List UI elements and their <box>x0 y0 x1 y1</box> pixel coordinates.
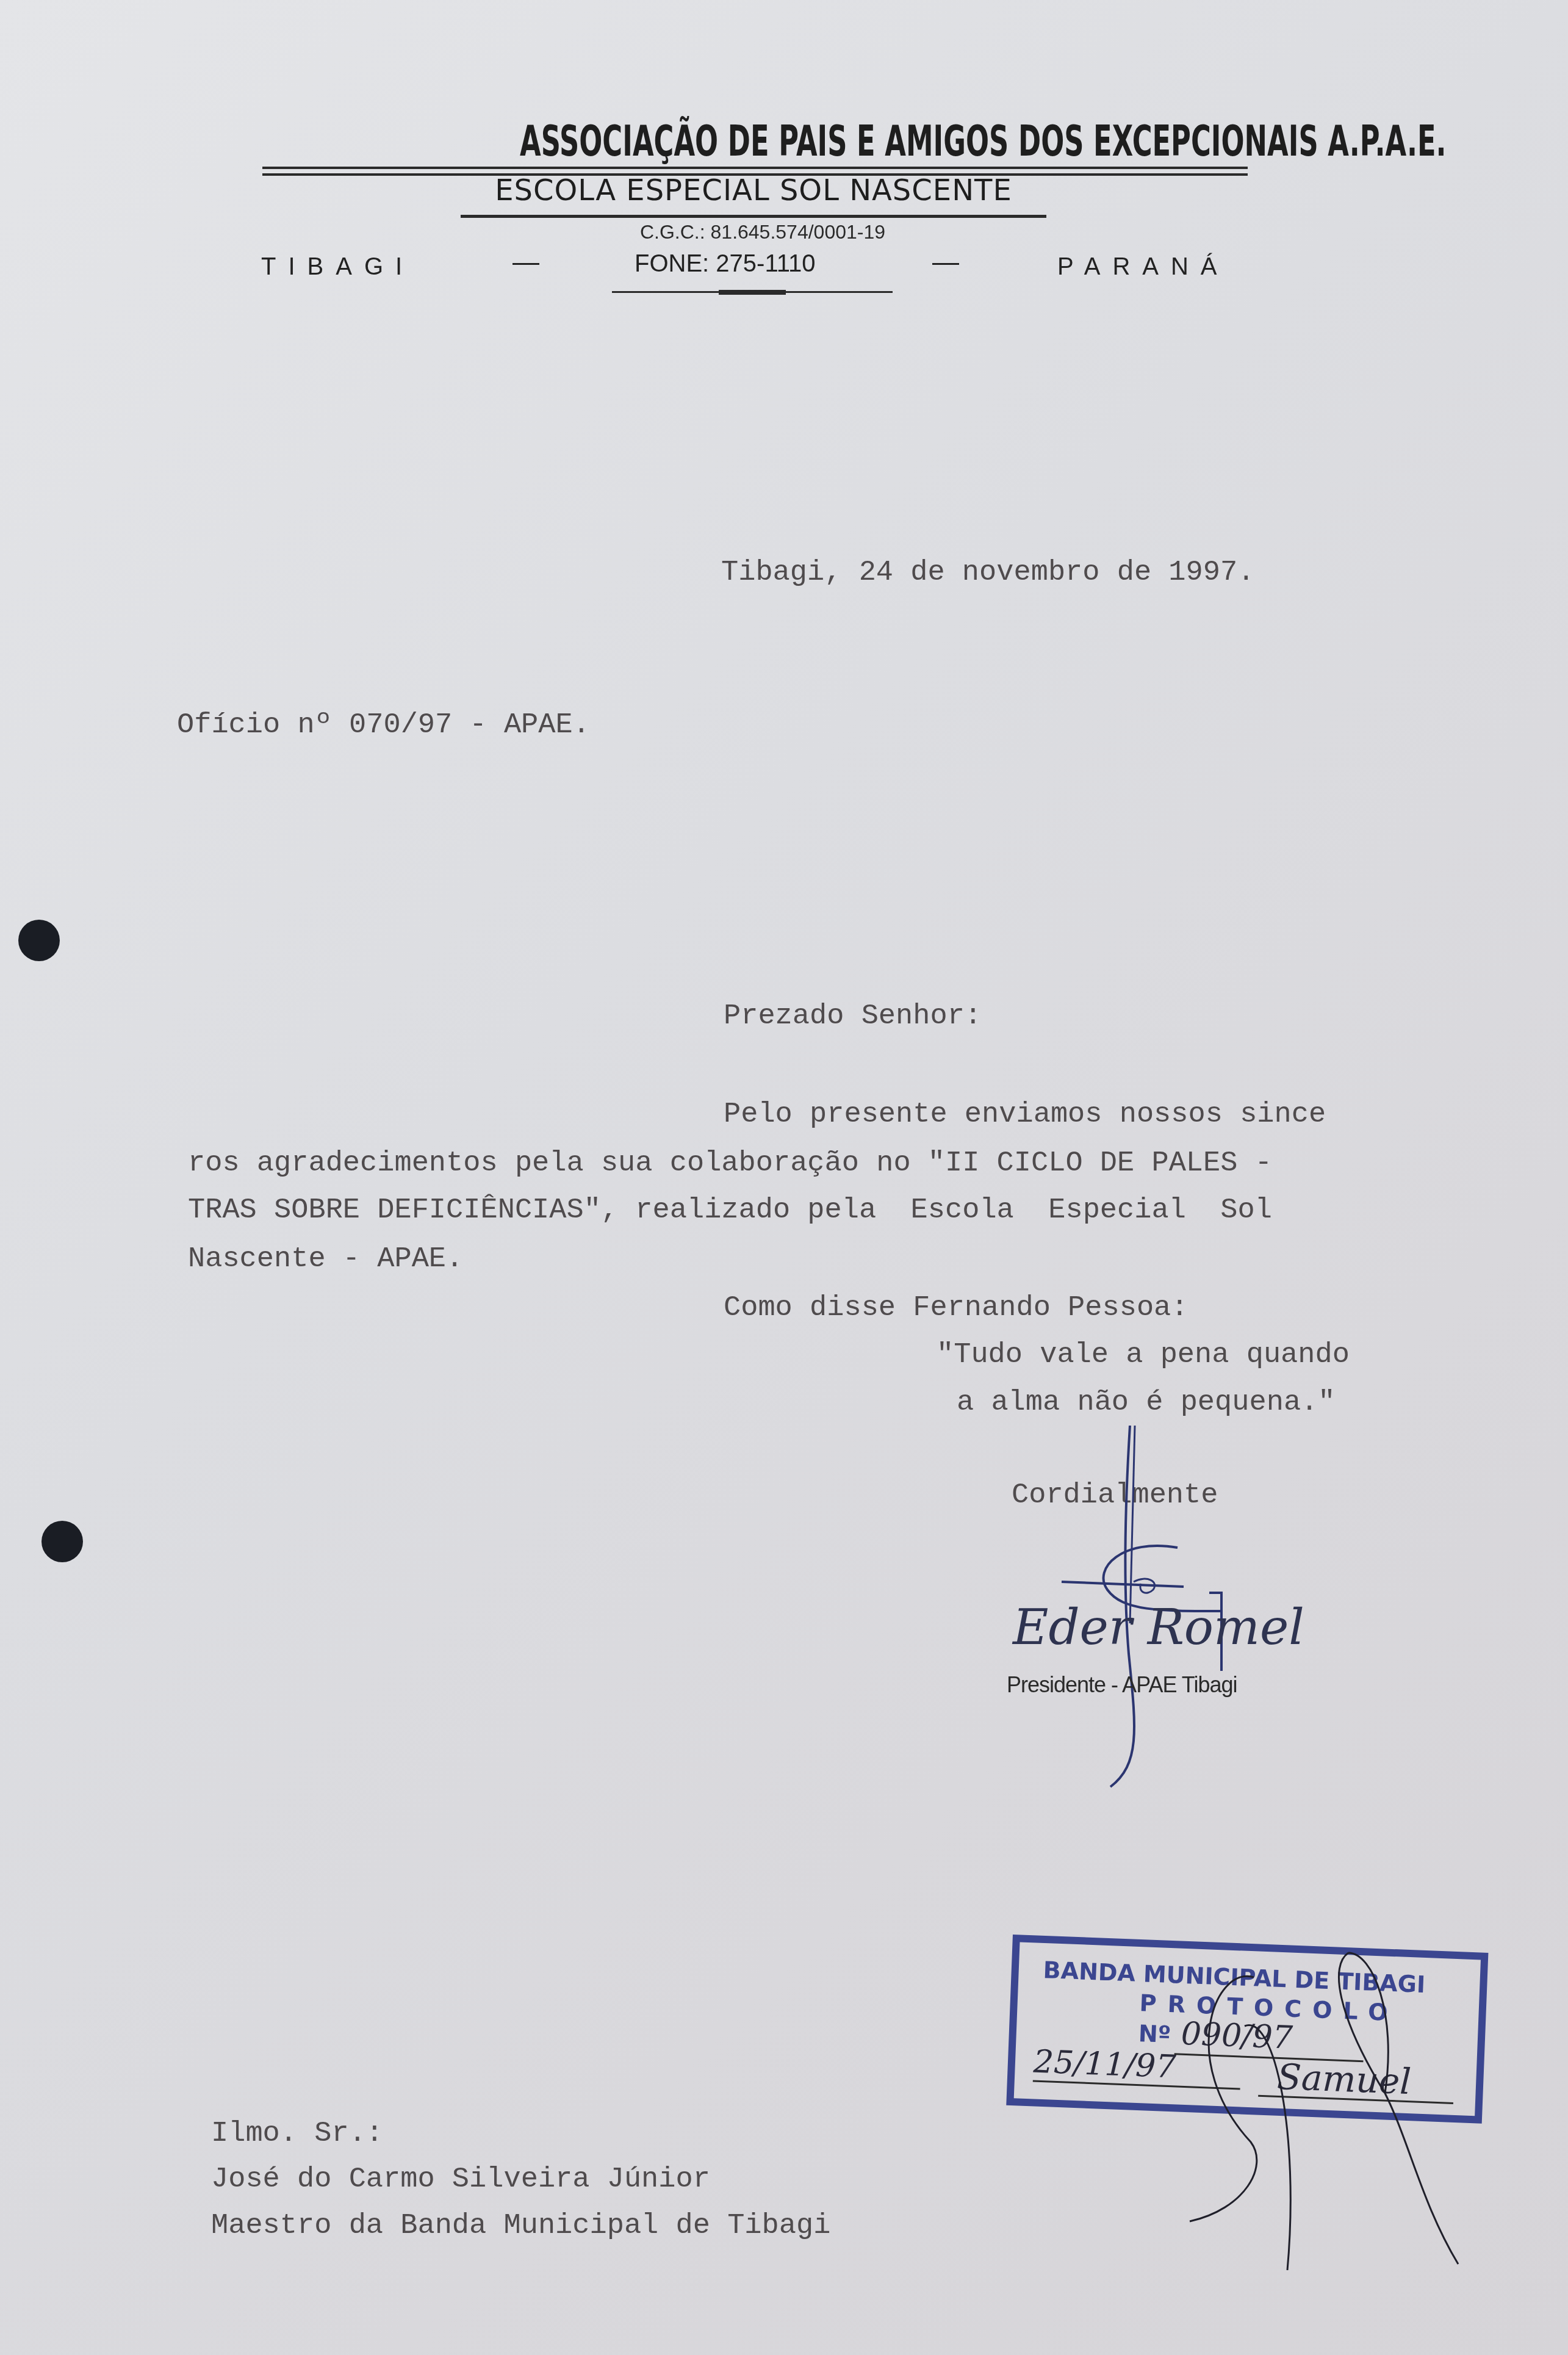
cgc-value: 81.645.574/0001-19 <box>711 221 885 243</box>
salutation: Prezado Senhor: <box>724 1002 982 1031</box>
phone-value: 275-1110 <box>716 250 815 277</box>
quote-intro: Como disse Fernando Pessoa: <box>724 1294 1189 1322</box>
letterhead-city: TIBAGI <box>261 253 414 281</box>
body-line-2: ros agradecimentos pela sua colaboração … <box>188 1149 1272 1178</box>
quote-line-1: "Tudo vale a pena quando <box>937 1341 1350 1369</box>
signature-handwritten-name: Eder Romel <box>1013 1599 1304 1656</box>
letterhead-double-rule-top <box>262 167 1248 169</box>
letterhead-state: PARANÁ <box>1057 253 1229 281</box>
quote-line-2: a alma não é pequena." <box>957 1388 1336 1417</box>
phone-label: FONE: <box>635 250 709 277</box>
punch-hole-bottom <box>41 1521 83 1562</box>
separator-left: — <box>512 247 539 278</box>
school-name: ESCOLA ESPECIAL SOL NASCENTE <box>461 173 1046 207</box>
separator-right: — <box>932 247 959 278</box>
school-underline <box>461 215 1046 218</box>
body-line-1: Pelo presente enviamos nossos since <box>724 1100 1326 1129</box>
phone-line: FONE: 275-1110 <box>635 250 815 278</box>
organization-name: ASSOCIAÇÃO DE PAIS E AMIGOS DOS EXCEPCIO… <box>520 116 1447 166</box>
reference-number: Ofício nº 070/97 - APAE. <box>177 711 590 740</box>
recipient-role: Maestro da Banda Municipal de Tibagi <box>211 2212 830 2240</box>
body-line-3: TRAS SOBRE DEFICIÊNCIAS", realizado pela… <box>188 1196 1272 1225</box>
punch-hole-top <box>18 920 60 961</box>
stamp-signature-loops-icon <box>1117 1941 1495 2270</box>
cgc-label: C.G.C.: <box>640 221 705 243</box>
date-line: Tibagi, 24 de novembro de 1997. <box>721 558 1254 587</box>
recipient-salutation: Ilmo. Sr.: <box>211 2119 383 2148</box>
phone-underline-mark <box>719 290 786 295</box>
recipient-name: José do Carmo Silveira Júnior <box>211 2165 710 2194</box>
cgc-line: C.G.C.: 81.645.574/0001-19 <box>549 221 976 243</box>
letterhead: ASSOCIAÇÃO DE PAIS E AMIGOS DOS EXCEPCIO… <box>259 116 1248 171</box>
body-line-4: Nascente - APAE. <box>188 1245 463 1274</box>
signatory-title: Presidente - APAE Tibagi <box>1007 1672 1237 1698</box>
